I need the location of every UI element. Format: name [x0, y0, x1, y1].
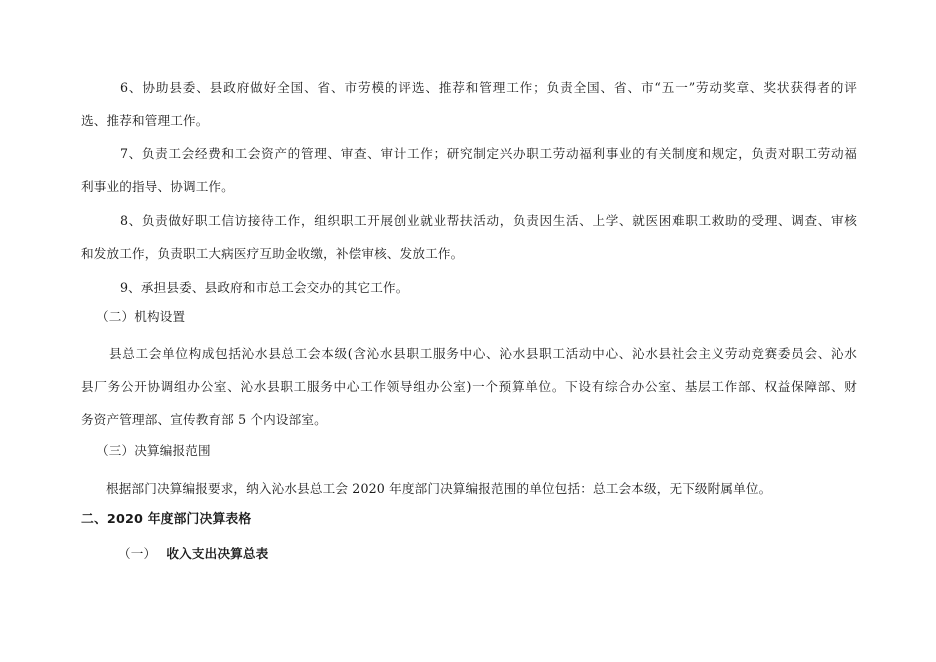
subheading-prefix: （一） — [118, 546, 156, 561]
section-3-heading: （三）决算编报范围 — [96, 443, 872, 459]
section-2-line-2: 县厂务公开协调组办公室、沁水县职工服务中心工作领导组办公室)一个预算单位。下设有… — [81, 379, 857, 395]
chapter-2-heading: 二、2020 年度部门决算表格 — [81, 512, 857, 528]
subheading-title: 收入支出决算总表 — [166, 546, 268, 561]
item-6-line-2: 选、推荐和管理工作。 — [81, 113, 857, 129]
item-9-line-1: 9、承担县委、县政府和市总工会交办的其它工作。 — [120, 280, 896, 296]
section-2-line-1: 县总工会单位构成包括沁水县总工会本级(含沁水县职工服务中心、沁水县职工活动中心、… — [109, 346, 857, 362]
item-7-line-1: 7、负责工会经费和工会资产的管理、审查、审计工作；研究制定兴办职工劳动福利事业的… — [120, 146, 857, 162]
section-2-line-3: 务资产管理部、宣传教育部 5 个内设部室。 — [81, 412, 857, 428]
section-2-heading: （二）机构设置 — [96, 309, 872, 325]
item-6-line-1: 6、协助县委、县政府做好全国、省、市劳模的评选、推荐和管理工作；负责全国、省、市… — [120, 80, 857, 96]
subheading: （一） 收入支出决算总表 — [118, 546, 894, 562]
item-8-line-2: 和发放工作，负责职工大病医疗互助金收缴，补偿审核、发放工作。 — [81, 246, 857, 262]
item-7-line-2: 利事业的指导、协调工作。 — [81, 179, 857, 195]
item-8-line-1: 8、负责做好职工信访接待工作，组织职工开展创业就业帮扶活动，负责因生活、上学、就… — [120, 213, 857, 229]
section-3-text: 根据部门决算编报要求，纳入沁水县总工会 2020 年度部门决算编报范围的单位包括… — [106, 481, 882, 497]
